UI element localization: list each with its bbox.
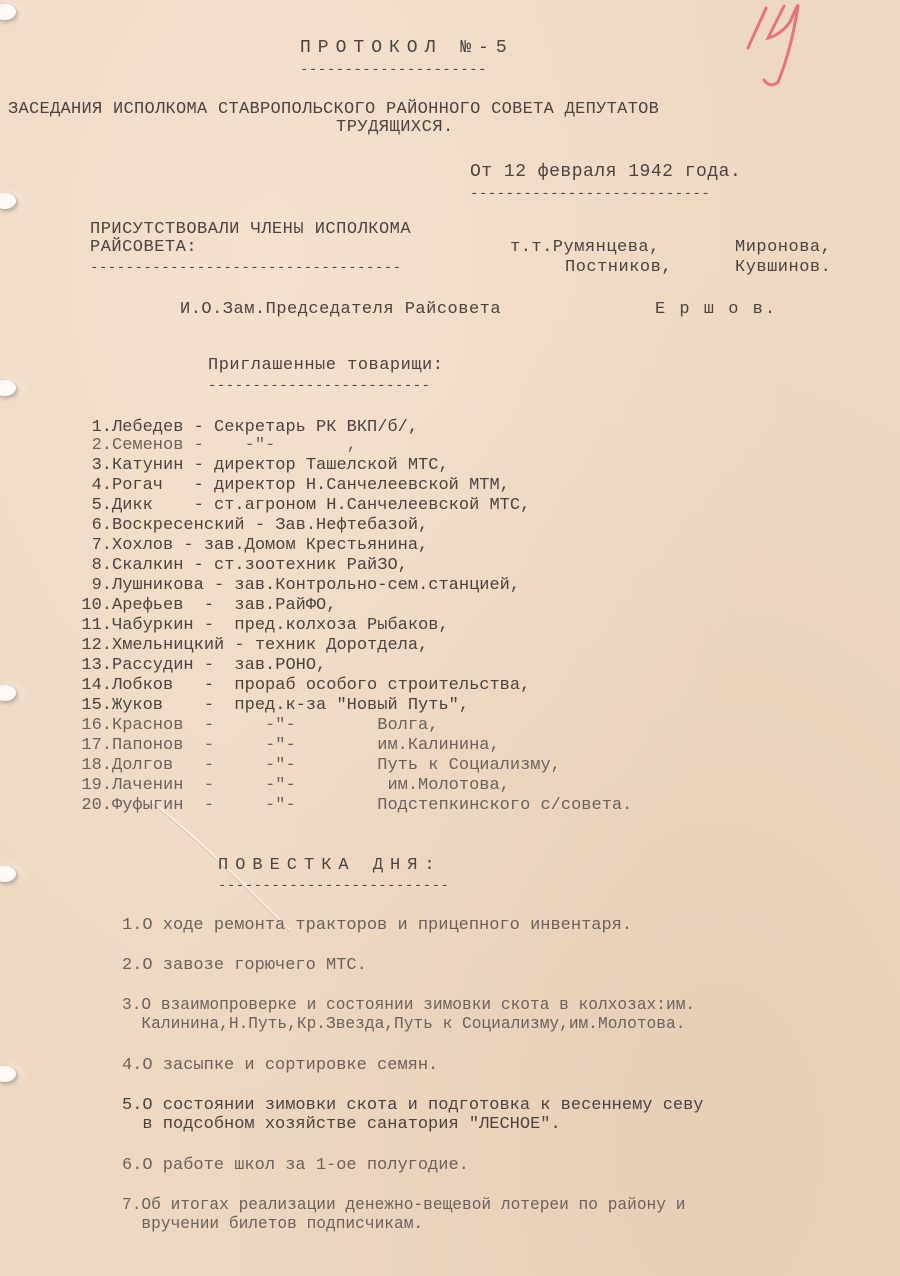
present-member: Кувшинов.: [735, 258, 831, 277]
agenda-heading: ПОВЕСТКА ДНЯ:: [218, 856, 442, 875]
handwritten-page-number: [738, 2, 808, 92]
invited-item: 3.Катунин - директор Ташелской МТС,: [78, 456, 449, 475]
agenda-item: 4.О засыпке и сортировке семян.: [122, 1056, 438, 1075]
invited-item: 7.Хохлов - зав.Домом Крестьянина,: [78, 536, 428, 555]
invited-item: 10.Арефьев - зав.РайФО,: [78, 596, 336, 615]
date-underline: ---------------------------: [470, 186, 710, 202]
invited-item: 5.Дикк - ст.агроном Н.Санчелеевской МТС,: [78, 496, 530, 515]
invited-item: 11.Чабуркин - пред.колхоза Рыбаков,: [78, 616, 449, 635]
invited-item: 19.Лаченин - -"- им.Молотова,: [78, 776, 510, 795]
invited-item: 20.Фуфыгин - -"- Подстепкинского с/совет…: [78, 796, 632, 815]
agenda-item: 3.О взаимопроверке и состоянии зимовки с…: [122, 996, 695, 1034]
invited-item: 8.Скалкин - ст.зоотехник РайЗО,: [78, 556, 408, 575]
invited-item: 4.Рогач - директор Н.Санчелеевской МТМ,: [78, 476, 510, 495]
agenda-item: 6.О работе школ за 1-ое полугодие.: [122, 1156, 469, 1175]
present-label: ПРИСУТСТВОВАЛИ ЧЛЕНЫ ИСПОЛКОМА: [90, 220, 411, 239]
document-subtitle-continued: ТРУДЯЩИХСЯ.: [336, 118, 454, 137]
invited-heading: Приглашенные товарищи:: [208, 356, 443, 375]
invited-item: 6.Воскресенский - Зав.Нефтебазой,: [78, 516, 428, 535]
present-underline: -----------------------------------: [90, 260, 402, 276]
invited-item: 13.Рассудин - зав.РОНО,: [78, 656, 326, 675]
present-member: Постников,: [565, 258, 672, 277]
agenda-item: 2.О завозе горючего МТС.: [122, 956, 367, 975]
document-date: От 12 февраля 1942 года.: [470, 162, 741, 182]
present-member: Миронова,: [735, 238, 831, 257]
invited-item: 18.Долгов - -"- Путь к Социализму,: [78, 756, 561, 775]
acting-deputy-label: И.О.Зам.Председателя Райсовета: [180, 300, 501, 319]
invited-underline: -------------------------: [208, 378, 431, 394]
invited-item: 15.Жуков - пред.к-за "Новый Путь",: [78, 696, 469, 715]
invited-item: 1.Лебедев - Секретарь РК ВКП/б/,: [78, 418, 418, 437]
invited-item: 9.Лушникова - зав.Контрольно-сем.станцие…: [78, 576, 520, 595]
present-label-continued: РАЙСОВЕТА:: [90, 238, 197, 257]
invited-item: 17.Папонов - -"- им.Калинина,: [78, 736, 500, 755]
agenda-item: 7.Об итогах реализации денежно-вещевой л…: [122, 1196, 685, 1234]
agenda-item: 5.О состоянии зимовки скота и подготовка…: [122, 1096, 704, 1134]
invited-item: 2.Семенов - -"- ,: [78, 436, 357, 455]
invited-item: 16.Краснов - -"- Волга,: [78, 716, 438, 735]
invited-item: 14.Лобков - прораб особого строительства…: [78, 676, 530, 695]
document-subtitle: ЗАСЕДАНИЯ ИСПОЛКОМА СТАВРОПОЛЬСКОГО РАЙО…: [8, 100, 659, 119]
present-member: т.т.Румянцева,: [510, 238, 660, 257]
agenda-item: 1.О ходе ремонта тракторов и прицепного …: [122, 916, 632, 935]
agenda-underline: --------------------------: [218, 878, 449, 894]
title-underline: ---------------------: [300, 62, 487, 78]
invited-item: 12.Хмельницкий - техник Доротдела,: [78, 636, 428, 655]
acting-deputy-name: Е р ш о в.: [655, 300, 777, 319]
document-title: ПРОТОКОЛ №-5: [300, 38, 514, 58]
